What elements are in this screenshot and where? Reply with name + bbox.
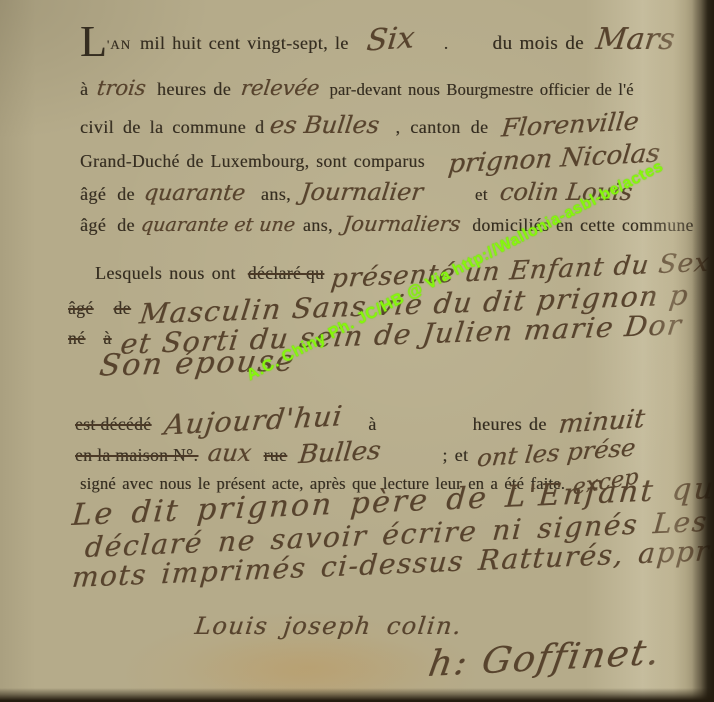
handwritten-profession: Journaliers [341, 212, 461, 236]
act-line-age2: âgé de quarante et une ans, Journaliers … [80, 212, 694, 236]
struck-printed-text: âgé [68, 298, 94, 318]
printed-text: ans, [261, 184, 291, 204]
handwritten-canton: Florenville [500, 106, 640, 142]
struck-printed-text: déclaré qu [248, 263, 324, 283]
act-line-place: en la maison N°. aux rue Bulles ; et ont… [75, 438, 635, 468]
handwritten-signature: Louis joseph colin. [193, 612, 464, 640]
struck-printed-text: est décédé [75, 414, 151, 434]
printed-text: heures de [157, 79, 231, 99]
signature-louis-joseph-colin: Louis joseph colin. [195, 612, 462, 640]
printed-text: L [80, 17, 107, 66]
printed-text: , canton de [395, 117, 488, 137]
act-line-hour: à trois heures de relevée par-devant nou… [80, 76, 634, 100]
handwritten-entry: relevée [240, 76, 321, 100]
printed-text: Lesquels nous ont [95, 263, 236, 283]
act-line-comparant1: Grand-Duché de Luxembourg, sont comparus… [80, 144, 659, 174]
handwritten-entry: ont les prése [476, 434, 637, 473]
printed-text: Grand-Duché de Luxembourg, sont comparus [80, 151, 425, 171]
document-page: L'AN mil huit cent vingt-sept, le Six . … [0, 0, 714, 702]
printed-text: âgé de [80, 184, 135, 204]
printed-text: . [444, 33, 449, 53]
printed-text: par-devant nous Bourgmestre officier de … [329, 80, 633, 99]
struck-printed-text: de [114, 298, 131, 318]
printed-text: civil de la commune d [80, 117, 264, 137]
struck-printed-text: né [68, 328, 85, 348]
handwritten-commune: es Bulles [269, 111, 382, 139]
act-line-commune: civil de la commune d es Bulles , canton… [80, 110, 639, 139]
signature-goffinet: h: Goffinet. [430, 638, 660, 679]
struck-printed-text: en la maison N°. [75, 445, 198, 465]
handwritten-entry: aux [207, 439, 254, 467]
printed-text: du mois de [493, 33, 584, 54]
printed-text: heures de [473, 414, 547, 434]
act-line-opening: L'AN mil huit cent vingt-sept, le Six . … [80, 22, 674, 59]
act-line-age1: âgé de quarante ans, Journalier et colin… [80, 178, 632, 206]
handwritten-age: quarante [142, 181, 246, 206]
page-edge-shadow-bottom [0, 688, 714, 702]
page-curvature-highlight [640, 0, 700, 702]
printed-text: âgé de [80, 215, 135, 235]
page-edge-shadow-right [692, 0, 714, 702]
handwritten-signature: h: Goffinet. [426, 632, 665, 685]
struck-printed-text: rue [264, 445, 288, 465]
handwritten-hour: trois [96, 76, 148, 100]
printed-text: 'AN [107, 37, 131, 52]
printed-text: ; et [442, 445, 468, 465]
handwritten-entry: Aujourd'hui [163, 399, 345, 441]
handwritten-day: Six [365, 20, 416, 58]
printed-text: ans, [303, 215, 333, 235]
printed-text: et [475, 185, 488, 204]
printed-text: à [80, 79, 88, 99]
handwritten-age: quarante et une [140, 214, 297, 236]
handwritten-place: Bulles [297, 436, 382, 470]
struck-printed-text: à [103, 328, 111, 348]
printed-text: mil huit cent vingt-sept, le [140, 33, 349, 53]
handwritten-profession: Journalier [299, 178, 424, 206]
act-line-decease: est décédé Aujourd'hui à heures de minui… [75, 404, 644, 437]
printed-text: à [368, 414, 376, 434]
